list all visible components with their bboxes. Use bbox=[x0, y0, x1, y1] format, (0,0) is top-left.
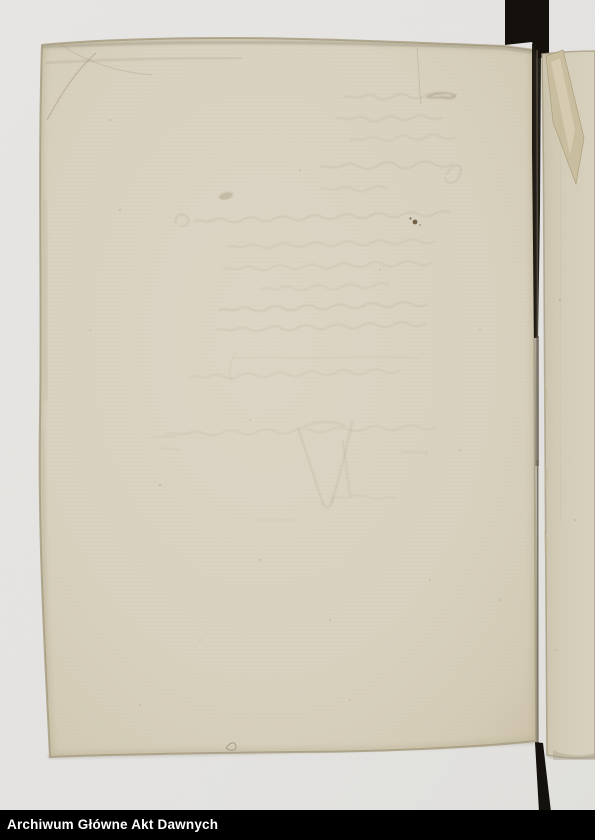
document-scan-image bbox=[0, 0, 595, 840]
caption-bar: Archiwum Główne Akt Dawnych bbox=[0, 810, 595, 840]
archive-caption-text: Archiwum Główne Akt Dawnych bbox=[0, 810, 218, 840]
scan-grain-overlay bbox=[0, 0, 595, 812]
archival-scan-page: Archiwum Główne Akt Dawnych bbox=[0, 0, 595, 840]
